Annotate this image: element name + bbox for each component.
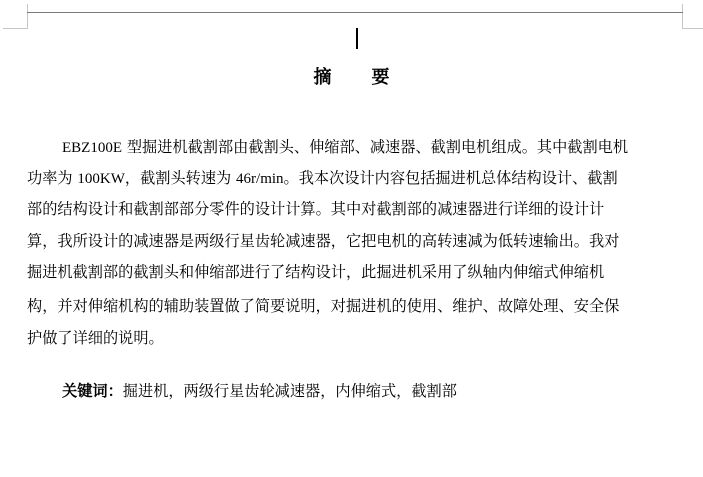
paragraph-line: 功率为 100KW，截割头转速为 46r/min。我本次设计内容包括掘进机总体结…	[27, 168, 618, 188]
keywords-text: 掘进机，两级行星齿轮减速器，内伸缩式，截割部	[123, 382, 457, 400]
text-run: ，截割头转速为	[125, 169, 236, 187]
text-run: 护做了详细的说明。	[27, 329, 164, 347]
paragraph-line: 掘进机截割部的截割头和伸缩部进行了结构设计，此掘进机采用了纵轴内伸缩式伸缩机	[27, 262, 604, 282]
latin-text: EBZ100E	[62, 140, 122, 156]
paragraph-line: EBZ100E 型掘进机截割部由截割头、伸缩部、减速器、截割电机组成。其中截割电…	[62, 137, 628, 157]
latin-text: 100KW	[77, 171, 125, 187]
text-run: 构，并对伸缩机构的辅助装置做了简要说明，对掘进机的使用、维护、故障处理、安全保	[27, 297, 619, 315]
paragraph-line: 部的结构设计和截割部部分零件的设计计算。其中对截割部的减速器进行详细的设计计	[27, 199, 604, 219]
text-run: 算，我所设计的减速器是两级行星齿轮减速器，它把电机的高转速减为低转速输出。我对	[27, 232, 619, 250]
text-run: 掘进机截割部的截割头和伸缩部进行了结构设计，此掘进机采用了纵轴内伸缩式伸缩机	[27, 263, 604, 281]
title-char-1: 摘	[314, 63, 332, 89]
document-page[interactable]: 摘要 EBZ100E 型掘进机截割部由截割头、伸缩部、减速器、截割电机组成。其中…	[0, 0, 703, 477]
keywords-label: 关键词：	[62, 382, 123, 400]
margin-mark-top-left-vertical	[27, 4, 28, 29]
text-run: 。我本次设计内容包括掘进机总体结构设计、截割	[284, 169, 618, 187]
text-cursor	[356, 28, 358, 49]
header-rule	[27, 12, 683, 13]
paragraph-line: 算，我所设计的减速器是两级行星齿轮减速器，它把电机的高转速减为低转速输出。我对	[27, 231, 619, 251]
paragraph-line: 构，并对伸缩机构的辅助装置做了简要说明，对掘进机的使用、维护、故障处理、安全保	[27, 296, 619, 316]
text-run: 功率为	[27, 169, 77, 187]
margin-mark-top-right-horizontal	[682, 28, 703, 29]
text-run: 型掘进机截割部由截割头、伸缩部、减速器、截割电机组成。其中截割电机	[122, 138, 628, 156]
latin-text: 46r/min	[236, 171, 284, 187]
paragraph-line: 护做了详细的说明。	[27, 328, 164, 348]
title-char-2: 要	[372, 63, 390, 89]
text-run: 部的结构设计和截割部部分零件的设计计算。其中对截割部的减速器进行详细的设计计	[27, 200, 604, 218]
keywords-line: 关键词：掘进机，两级行星齿轮减速器，内伸缩式，截割部	[62, 381, 457, 401]
margin-mark-top-right-vertical	[682, 4, 683, 29]
margin-mark-top-left-horizontal	[3, 28, 28, 29]
abstract-title: 摘要	[0, 63, 703, 89]
